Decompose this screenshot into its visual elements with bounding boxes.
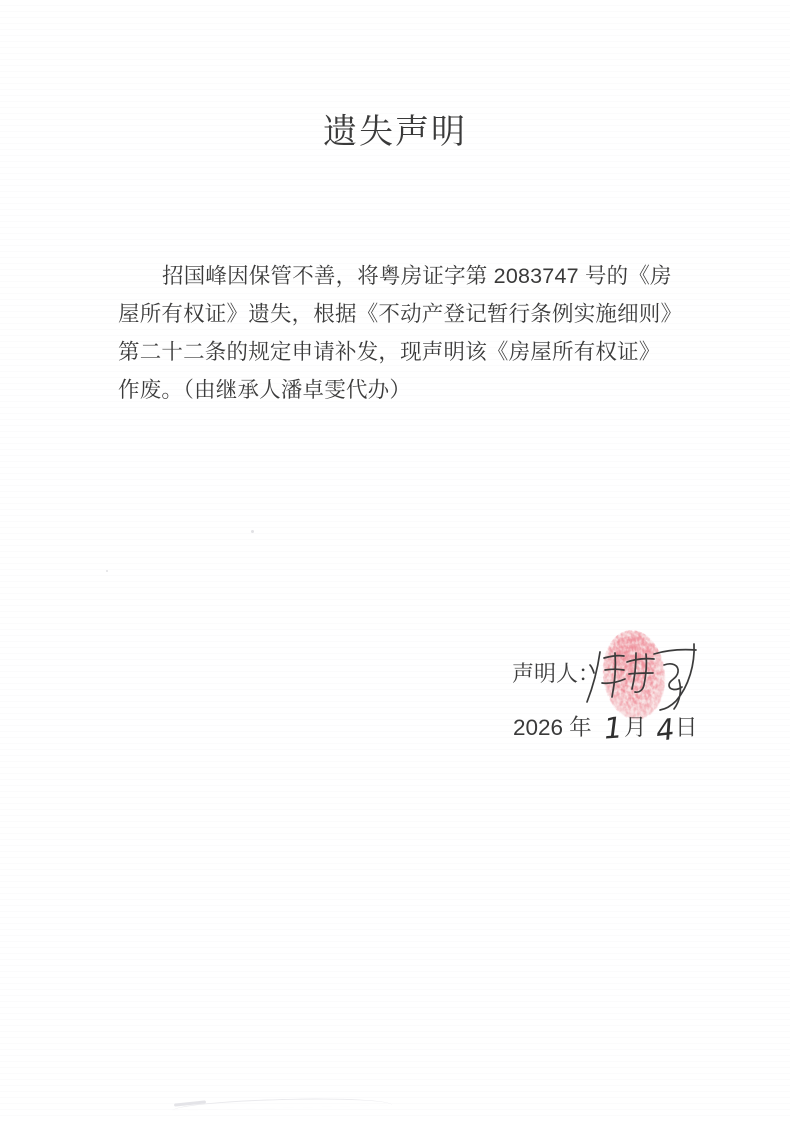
date-year: 2026 xyxy=(513,715,563,741)
scan-speck xyxy=(251,530,254,533)
scanline-texture xyxy=(0,0,790,1121)
scan-smudge xyxy=(172,1096,392,1111)
date-day-unit: 日 xyxy=(675,715,698,741)
signature-strokes-icon xyxy=(584,638,702,716)
document-title: 遗失声明 xyxy=(0,104,790,153)
date-month-unit: 月 xyxy=(624,715,647,741)
body-line-3: 第二十二条的规定申请补发，现声明该《房屋所有权证》 xyxy=(118,333,698,371)
body-line-4: 作废。（由继承人潘卓雯代办） xyxy=(118,371,698,409)
loss-declaration-document: 遗失声明 招国峰因保管不善，将粤房证字第 2083747 号的《房 屋所有权证》… xyxy=(0,0,790,1121)
date-month-handwritten: 1 xyxy=(603,713,623,743)
body-line-1: 招国峰因保管不善，将粤房证字第 2083747 号的《房 xyxy=(118,257,698,295)
scan-speck xyxy=(106,570,108,572)
body-line-2: 屋所有权证》遗失，根据《不动产登记暂行条例实施细则》 xyxy=(118,295,698,333)
date-day-handwritten: 4 xyxy=(654,715,676,746)
signature-handwriting xyxy=(584,638,702,716)
date-year-unit: 年 xyxy=(569,715,592,741)
document-body: 招国峰因保管不善，将粤房证字第 2083747 号的《房 屋所有权证》遗失，根据… xyxy=(118,257,698,409)
